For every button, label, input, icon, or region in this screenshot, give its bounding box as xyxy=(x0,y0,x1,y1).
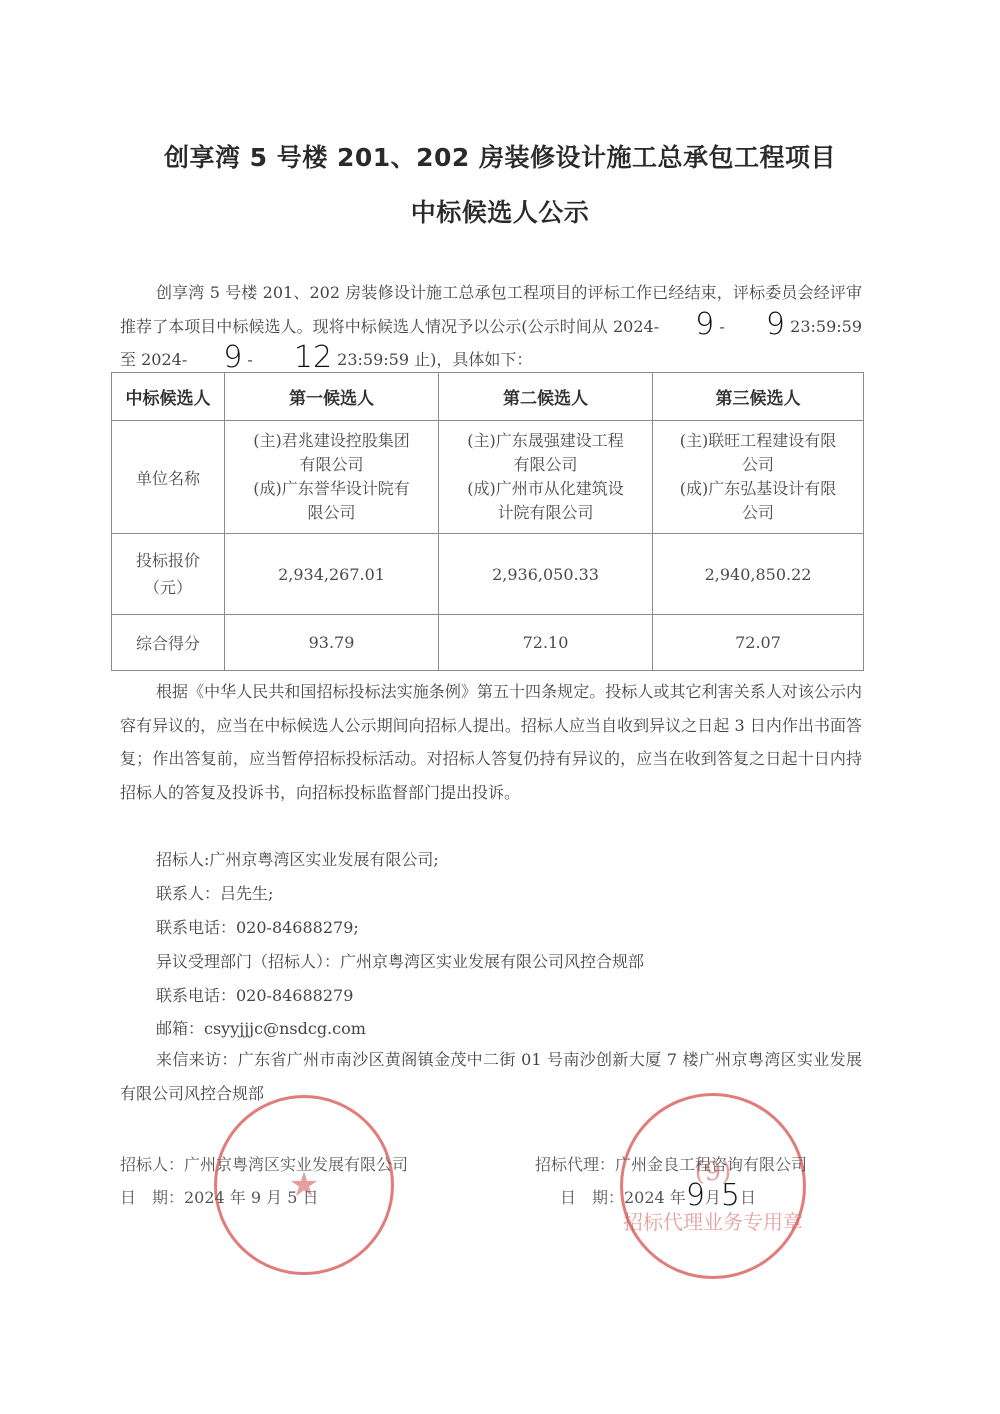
company-cell: (主)广东晟强建设工程 有限公司 (成)广州市从化建筑设 计院有限公司 xyxy=(439,421,653,534)
header-cell: 第二候选人 xyxy=(439,373,653,421)
bid-price-cell: 2,940,850.22 xyxy=(653,534,864,615)
handwritten-day: 5 xyxy=(721,1186,740,1206)
tenderer-line: 招标人:广州京粤湾区实业发展有限公司; xyxy=(156,847,439,870)
table-row: 单位名称 (主)君兆建设控股集团 有限公司 (成)广东誉华设计院有 限公司 (主… xyxy=(112,421,864,534)
handwritten-month: 9 xyxy=(686,1186,705,1206)
header-cell: 第三候选人 xyxy=(653,373,864,421)
handwritten-start-day: 9 xyxy=(730,315,785,335)
tenderer-signature: 招标人：广州京粤湾区实业发展有限公司 xyxy=(120,1152,408,1175)
intro-paragraph: 创享湾 5 号楼 201、202 房装修设计施工总承包工程项目的评标工作已经结束… xyxy=(120,276,862,377)
regulation-paragraph: 根据《中华人民共和国招标投标法实施条例》第五十四条规定。投标人或其它利害关系人对… xyxy=(120,675,862,809)
table-row: 综合得分 93.79 72.10 72.07 xyxy=(112,615,864,671)
score-cell: 72.07 xyxy=(653,615,864,671)
email-line: 邮箱：csyyjjjc@nsdcg.com xyxy=(156,1016,366,1039)
bid-price-cell: 2,936,050.33 xyxy=(439,534,653,615)
table-row: 投标报价 （元） 2,934,267.01 2,936,050.33 2,940… xyxy=(112,534,864,615)
handwritten-end-day: 12 xyxy=(258,348,332,368)
handwritten-end-month: 9 xyxy=(187,348,242,368)
phone-line-2: 联系电话：020-84688279 xyxy=(156,983,353,1006)
document-subtitle: 中标候选人公示 xyxy=(0,193,1000,229)
handwritten-start-month: 9 xyxy=(659,315,714,335)
company-cell: (主)君兆建设控股集团 有限公司 (成)广东誉华设计院有 限公司 xyxy=(225,421,439,534)
row-label: 投标报价 （元） xyxy=(112,534,225,615)
contact-person-line: 联系人：吕先生; xyxy=(156,881,273,904)
row-label: 单位名称 xyxy=(112,421,225,534)
tenderer-date: 日 期：2024 年 9 月 5 日 xyxy=(120,1185,319,1208)
row-label: 综合得分 xyxy=(112,615,225,671)
agent-date: 日 期：2024 年9月5日 xyxy=(560,1185,756,1208)
company-cell: (主)联旺工程建设有限 公司 (成)广东弘基设计有限 公司 xyxy=(653,421,864,534)
header-cell: 中标候选人 xyxy=(112,373,225,421)
score-cell: 72.10 xyxy=(439,615,653,671)
seal-bottom-text: 招标代理业务专用章 xyxy=(623,1206,803,1235)
phone-line: 联系电话：020-84688279; xyxy=(156,915,359,938)
document-title: 创享湾 5 号楼 201、202 房装修设计施工总承包工程项目 xyxy=(0,138,1000,174)
objection-dept-line: 异议受理部门（招标人）：广州京粤湾区实业发展有限公司风控合规部 xyxy=(156,949,644,972)
bid-price-cell: 2,934,267.01 xyxy=(225,534,439,615)
table-header-row: 中标候选人 第一候选人 第二候选人 第三候选人 xyxy=(112,373,864,421)
header-cell: 第一候选人 xyxy=(225,373,439,421)
agent-signature: 招标代理：广州金良工程咨询有限公司 xyxy=(535,1152,807,1175)
score-cell: 93.79 xyxy=(225,615,439,671)
candidates-table: 中标候选人 第一候选人 第二候选人 第三候选人 单位名称 (主)君兆建设控股集团… xyxy=(111,372,864,671)
